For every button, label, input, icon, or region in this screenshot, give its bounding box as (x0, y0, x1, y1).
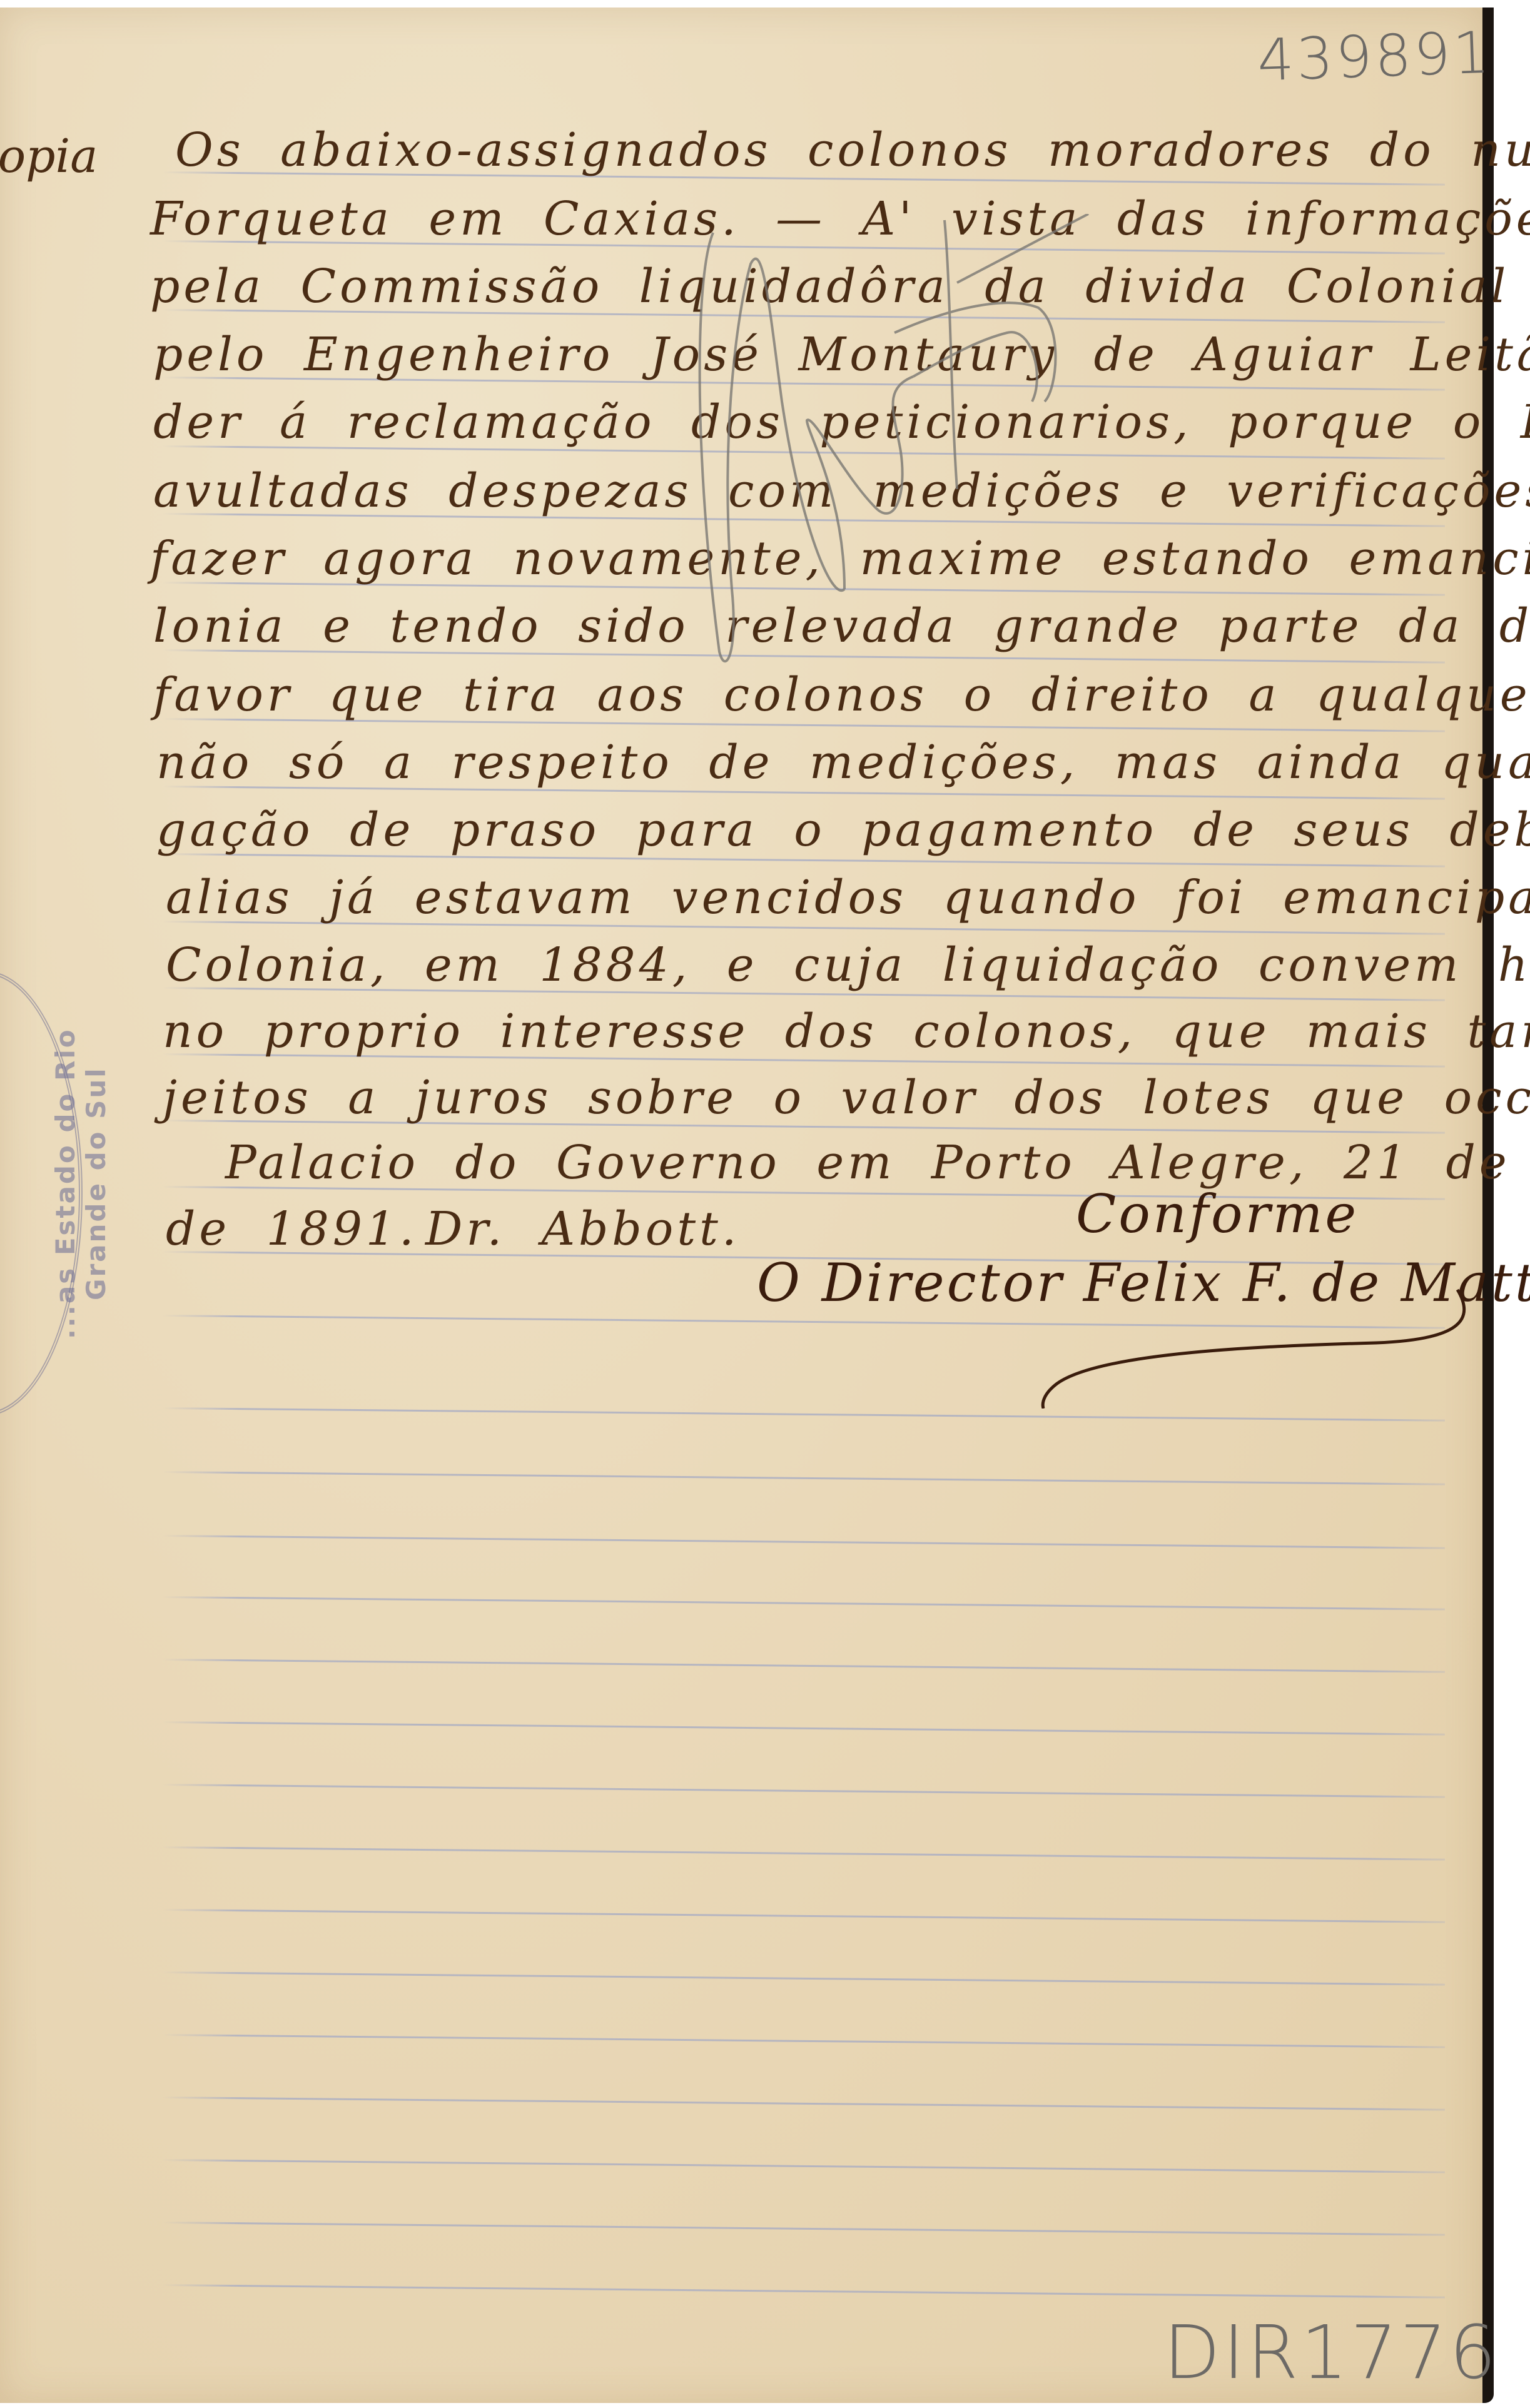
conforme-mark: Conforme (1076, 1183, 1359, 1245)
archive-stamp-text: ...as Estado do Rio Grande do Sul (50, 983, 88, 1384)
text-line-1: Os abaixo-assignados colonos moradores d… (175, 123, 1530, 177)
text-line-15: jeitos a juros sobre o valor dos lotes q… (163, 1071, 1530, 1125)
ruled-line (163, 1846, 1445, 1861)
signed-by: Dr. Abbott. (425, 1202, 740, 1256)
ruled-line (163, 1971, 1445, 1986)
document-page: 439891 Copia Os abaixo-assignados colono… (0, 8, 1494, 2403)
ruled-line (163, 1596, 1445, 1611)
signature-flourish-icon (1026, 1283, 1476, 1409)
ruled-line (163, 2284, 1445, 2299)
text-line-10: não só a respeito de medições, mas ainda… (156, 736, 1530, 789)
archive-number: 439891 (1256, 19, 1493, 94)
ruled-line (163, 1909, 1445, 1923)
text-line-14: no proprio interesse dos colonos, que ma… (163, 1004, 1530, 1058)
ruled-line (163, 1407, 1445, 1422)
ruled-line (163, 1535, 1445, 1549)
pencil-scribble-icon (657, 214, 1170, 702)
ruled-line (163, 2034, 1445, 2048)
ruled-line (163, 1784, 1445, 1798)
place-date-line: Palacio do Governo em Porto Alegre, 21 d… (225, 1136, 1530, 1190)
text-line-11: gação de praso para o pagamento de seus … (156, 803, 1530, 857)
ruled-line (163, 2097, 1445, 2111)
ruled-line (163, 1471, 1445, 1485)
ruled-line (163, 1721, 1445, 1736)
ruled-line (163, 2159, 1445, 2173)
ruled-line (163, 1659, 1445, 1673)
text-line-13: Colonia, em 1884, e cuja liquidação conv… (166, 938, 1530, 992)
date-year-line: de 1891. (166, 1202, 418, 1256)
text-line-12: alias já estavam vencidos quando foi ema… (166, 871, 1530, 924)
margin-label-copia: Copia (0, 129, 98, 183)
reference-code: DIR1776 (1163, 2309, 1499, 2395)
ruled-line (163, 2222, 1445, 2236)
